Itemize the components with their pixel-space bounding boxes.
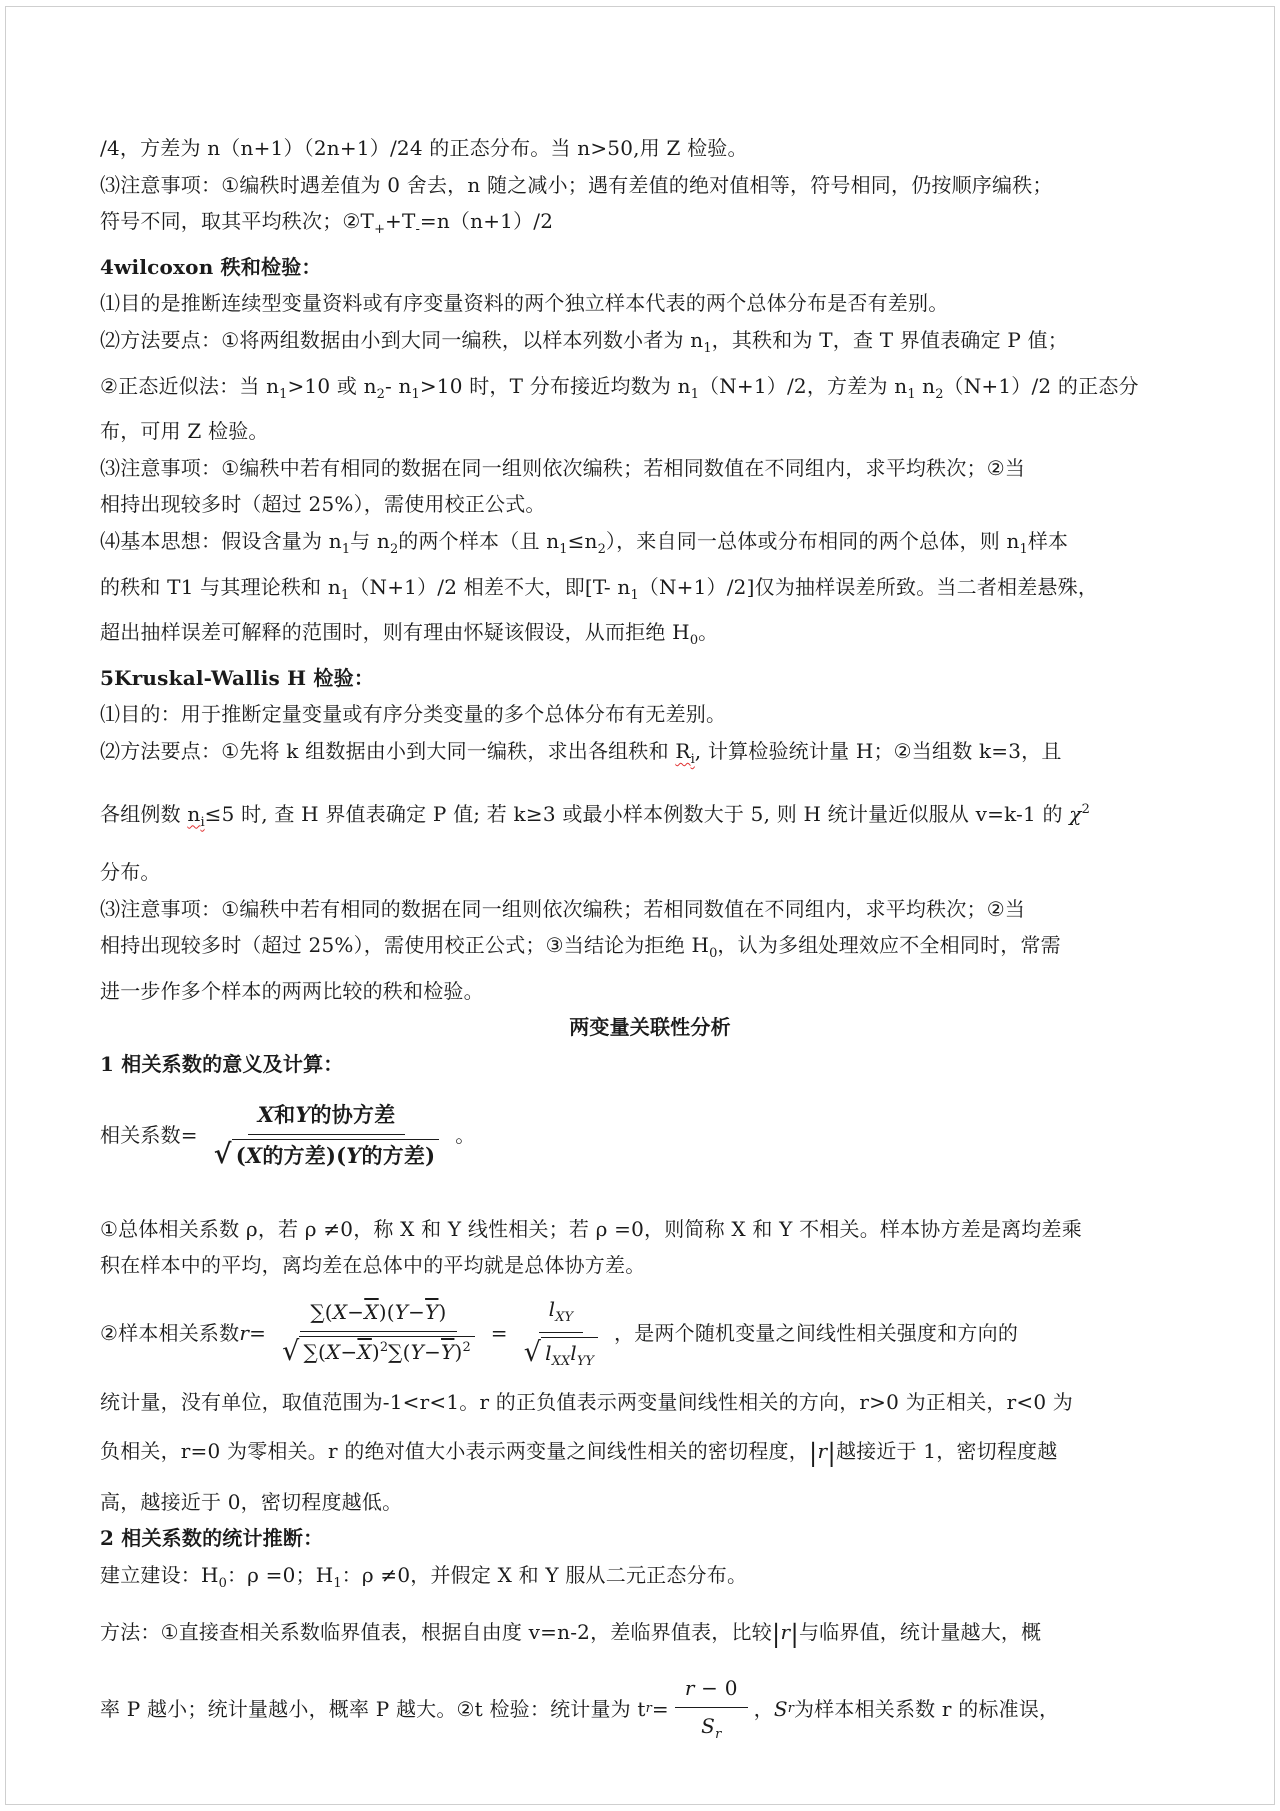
text-run: 1 — [412, 387, 420, 402]
text-run: ②正态近似法：当 n — [100, 374, 279, 398]
document-content: /4，方差为 n（n+1）（2n+1）/24 的正态分布。当 n>50,用 Z … — [100, 130, 1200, 1746]
text-run: 负相关，r=0 为零相关。r 的绝对值大小表示两变量之间线性相关的密切程度， — [100, 1439, 809, 1463]
text-run: 1 — [342, 542, 350, 557]
text-run: 建立建设：H — [100, 1563, 219, 1587]
text-run: r — [239, 1319, 249, 1348]
text-run: +T — [385, 209, 416, 233]
text-run: − — [424, 1340, 441, 1364]
text-run: >10 或 n — [287, 374, 376, 398]
text-run: ( — [403, 1340, 411, 1364]
paragraph-kw-notes: ⑶注意事项：①编秩中若有相同的数据在同一组则依次编秩；若相同数值在不同组内，求平… — [100, 891, 1200, 928]
text-run: ∑ — [310, 1300, 324, 1324]
text-run: ( — [236, 1143, 246, 1168]
text-run: ⑶注意事项：①编秩时遇差值为 0 舍去，n 随之减小；遇有差值的绝对值相等，符号… — [100, 173, 1053, 197]
paragraph-wilcoxon-method: ⑵方法要点：①将两组数据由小到大同一编秩，以样本列数小者为 n1，其秩和为 T，… — [100, 322, 1200, 368]
text-run: , 计算检验统计量 H；②当组数 k=3，且 — [695, 739, 1062, 763]
text-run: ) — [438, 1300, 446, 1324]
paragraph-r-range-3: 高，越接近于 0，密切程度越低。 — [100, 1484, 1200, 1521]
text-run: Y — [395, 1300, 408, 1324]
paragraph-kw-method: ⑵方法要点：①先将 k 组数据由小到大同一编秩，求出各组秩和 Ri, 计算检验统… — [100, 733, 1200, 779]
text-run: 样本 — [1028, 529, 1068, 553]
fraction-numerator: r − 0 — [675, 1673, 748, 1708]
text-run: − — [340, 1340, 357, 1364]
text-run: 。 — [455, 1121, 475, 1150]
text-run: 1 — [1020, 542, 1028, 557]
text-run: 统计量，没有单位，取值范围为-1<r<1。r 的正负值表示两变量间线性相关的方向… — [100, 1390, 1073, 1414]
text-run: ），来自同一总体或分布相同的两个总体，则 n — [606, 529, 1020, 553]
text-run: 0 — [690, 633, 698, 648]
text-run: ：ρ ≠0，并假定 X 和 Y 服从二元正态分布。 — [342, 1563, 747, 1587]
text-run: l — [545, 1341, 552, 1365]
paragraph-kw-notes-3: 进一步作多个样本的两两比较的秩和检验。 — [100, 973, 1200, 1010]
text-run: ⑴目的是推断连续型变量资料或有序变量资料的两个独立样本代表的两个总体分布是否有差… — [100, 291, 948, 315]
paragraph-sign-rank-notes-2: 符号不同，取其平均秩次；②T++T-=n（n+1）/2 — [100, 203, 1200, 249]
fraction: ∑(X−X)(Y−Y)√∑(X−X)2∑(Y−Y)2 — [272, 1297, 485, 1369]
text-run: 的方差 — [361, 1143, 425, 1168]
text-run: 的方差 — [262, 1143, 326, 1168]
text-run: r — [781, 1620, 791, 1644]
text-run: >10 时，T 分布接近均数为 n — [420, 374, 691, 398]
text-run: 2 — [380, 1340, 388, 1355]
paragraph-wilcoxon-idea-2: 的秩和 T1 与其理论秩和 n1（N+1）/2 相差不大，即[T- n1（N+1… — [100, 569, 1200, 615]
text-run: 1 — [559, 542, 567, 557]
text-run: | — [790, 1619, 799, 1648]
radicand: lXXlYY — [541, 1337, 598, 1372]
text-run: ⑶注意事项：①编秩中若有相同的数据在同一组则依次编秩；若相同数值在不同组内，求平… — [100, 897, 1025, 921]
heading-correlation-inference: 2 相关系数的统计推断： — [100, 1520, 1200, 1557]
paragraph-wilcoxon-idea: ⑷基本思想：假设含量为 n1与 n2的两个样本（且 n1≤n2），来自同一总体或… — [100, 523, 1200, 569]
text-run: ( — [325, 1300, 333, 1324]
text-run: S — [774, 1695, 788, 1724]
text-run: = — [249, 1319, 266, 1348]
radicand: ∑(X−X)2∑(Y−Y)2 — [299, 1336, 474, 1367]
text-run: 越接近于 1，密切程度越 — [836, 1439, 1057, 1463]
text-run: ⑵方法要点：①将两组数据由小到大同一编秩，以样本列数小者为 n — [100, 328, 703, 352]
paragraph-wilcoxon-normal-approx-2: 布，可用 Z 检验。 — [100, 413, 1200, 450]
text-run: YY — [577, 1354, 594, 1369]
paragraph-sign-rank-notes: ⑶注意事项：①编秩时遇差值为 0 舍去，n 随之减小；遇有差值的绝对值相等，符号… — [100, 167, 1200, 204]
text-run: 1 — [630, 588, 638, 603]
fraction-numerator: lXY — [539, 1294, 583, 1333]
text-run: 各组例数 — [100, 802, 187, 826]
paragraph-kw-method-3: 分布。 — [100, 854, 1200, 891]
text-run: 4wilcoxon 秩和检验： — [100, 255, 322, 279]
text-run: 2 — [377, 387, 385, 402]
text-run: ∑ — [388, 1340, 402, 1364]
text-run: 1 — [333, 1576, 341, 1591]
text-run: − — [347, 1300, 364, 1324]
text-run: （N+1）/2 相差不大，即[T- n — [349, 575, 630, 599]
text-run: 分布。 — [100, 860, 161, 884]
text-run: X — [364, 1300, 378, 1324]
text-run: 2 — [935, 387, 943, 402]
text-run: | — [772, 1619, 781, 1648]
text-run: X — [326, 1340, 340, 1364]
paragraph-wilcoxon-idea-3: 超出抽样误差可解释的范围时，则有理由怀疑该假设，从而拒绝 H0。 — [100, 614, 1200, 660]
paragraph-wilcoxon-notes-2: 相持出现较多时（超过 25%），需使用校正公式。 — [100, 486, 1200, 523]
fraction-numerator: ∑(X−X)(Y−Y) — [300, 1297, 456, 1332]
text-run: S — [701, 1714, 715, 1738]
text-run: ⑴目的：用于推断定量变量或有序分类变量的多个总体分布有无差别。 — [100, 702, 726, 726]
text-run: = — [491, 1319, 508, 1348]
square-root: √lXXlYY — [524, 1337, 598, 1372]
text-run: ⑵方法要点：①先将 k 组数据由小到大同一编秩，求出各组秩和 — [100, 739, 675, 763]
paragraph-kw-notes-2: 相持出现较多时（超过 25%），需使用校正公式；③当结论为拒绝 H0，认为多组处… — [100, 927, 1200, 973]
text-run: 积在样本中的平均，离均差在总体中的平均就是总体协方差。 — [100, 1253, 645, 1277]
text-run: 进一步作多个样本的两两比较的秩和检验。 — [100, 979, 484, 1003]
fraction-denominator: √(X的方差)(Y的方差) — [204, 1135, 449, 1172]
text-run: 0 — [219, 1576, 227, 1591]
heading-kruskal-wallis: 5Kruskal-Wallis H 检验： — [100, 660, 1200, 697]
square-root: √∑(X−X)2∑(Y−Y)2 — [282, 1336, 475, 1367]
text-run: X — [357, 1340, 371, 1364]
text-run: ∑ — [303, 1340, 317, 1364]
text-run: ②样本相关系数 — [100, 1319, 239, 1348]
text-run: ) — [425, 1143, 435, 1168]
text-run: ，是两个随机变量之间线性相关强度和方向的 — [614, 1319, 1018, 1348]
text-run: | — [827, 1438, 836, 1467]
text-run: 两变量关联性分析 — [569, 1015, 731, 1039]
heading-correlation-section: 两变量关联性分析 — [100, 1009, 1200, 1046]
fraction-denominator: √lXXlYY — [514, 1333, 608, 1373]
text-run: Y — [425, 1300, 438, 1324]
text-run: 2 — [390, 542, 398, 557]
text-run: ≤n — [568, 529, 598, 553]
fraction: lXY√lXXlYY — [514, 1294, 608, 1373]
text-run: 与 n — [350, 529, 390, 553]
text-run: r — [685, 1676, 695, 1700]
paragraph-kw-purpose: ⑴目的：用于推断定量变量或有序分类变量的多个总体分布有无差别。 — [100, 696, 1200, 733]
paragraph-hypothesis: 建立建设：H0：ρ =0；H1：ρ ≠0，并假定 X 和 Y 服从二元正态分布。 — [100, 1557, 1200, 1603]
text-run: ①总体相关系数 ρ，若 ρ ≠0，称 X 和 Y 线性相关；若 ρ =0，则简称… — [100, 1217, 1082, 1241]
text-run: （N+1）/2，方差为 n — [699, 374, 907, 398]
heading-wilcoxon: 4wilcoxon 秩和检验： — [100, 249, 1200, 286]
text-run: 1 — [691, 387, 699, 402]
text-run: Y — [346, 1143, 361, 1168]
text-run: − 0 — [695, 1676, 738, 1700]
text-run: 2 — [1082, 802, 1090, 817]
text-run: 和 — [274, 1102, 295, 1127]
text-run: =n（n+1）/2 — [420, 209, 553, 233]
fraction: X和Y的协方差√(X的方差)(Y的方差) — [204, 1099, 449, 1173]
text-run: 的协方差 — [311, 1102, 396, 1127]
radicand: (X的方差)(Y的方差) — [232, 1139, 439, 1171]
paragraph-r-range: 统计量，没有单位，取值范围为-1<r<1。r 的正负值表示两变量间线性相关的方向… — [100, 1384, 1200, 1421]
document-page: { "page": { "background": "#ffffff", "bo… — [0, 0, 1280, 1811]
formula-sample-correlation: ②样本相关系数 r = ∑(X−X)(Y−Y)√∑(X−X)2∑(Y−Y)2 =… — [100, 1294, 1200, 1373]
text-run: + — [374, 222, 385, 237]
text-run: ， — [754, 1695, 774, 1724]
text-run: 。 — [698, 620, 718, 644]
text-run: 为样本相关系数 r 的标准误， — [794, 1695, 1059, 1724]
text-run: ⑷基本思想：假设含量为 n — [100, 529, 342, 553]
heading-correlation-meaning: 1 相关系数的意义及计算： — [100, 1046, 1200, 1083]
paragraph-wilcoxon-notes: ⑶注意事项：①编秩中若有相同的数据在同一组则依次编秩；若相同数值在不同组内，求平… — [100, 450, 1200, 487]
text-run: 方法：①直接查相关系数临界值表，根据自由度 v=n-2，差临界值表，比较 — [100, 1620, 772, 1644]
text-run: r — [818, 1439, 828, 1463]
text-run: X — [258, 1102, 275, 1127]
text-run: ( — [318, 1340, 326, 1364]
text-run: 1 相关系数的意义及计算： — [100, 1052, 343, 1076]
text-run: 相持出现较多时（超过 25%），需使用校正公式；③当结论为拒绝 H — [100, 933, 709, 957]
text-run: 的两个样本（且 n — [398, 529, 559, 553]
text-run: 1 — [907, 387, 915, 402]
formula-t-test: 率 P 越小；统计量越小，概率 P 越大。②t 检验：统计量为 tr = r −… — [100, 1673, 1200, 1746]
text-run: n — [187, 802, 200, 826]
paragraph-population-correlation-2: 积在样本中的平均，离均差在总体中的平均就是总体协方差。 — [100, 1247, 1200, 1284]
text-run: 超出抽样误差可解释的范围时，则有理由怀疑该假设，从而拒绝 H — [100, 620, 690, 644]
radical-icon: √ — [282, 1336, 299, 1367]
radical-icon: √ — [524, 1337, 541, 1368]
text-run: ，其秩和为 T，查 T 界值表确定 P 值； — [712, 328, 1068, 352]
text-run: 高，越接近于 0，密切程度越低。 — [100, 1490, 402, 1514]
paragraph-population-correlation: ①总体相关系数 ρ，若 ρ ≠0，称 X 和 Y 线性相关；若 ρ =0，则简称… — [100, 1211, 1200, 1248]
text-run: )( — [379, 1300, 395, 1324]
paragraph-wilcoxon-normal-approx: ②正态近似法：当 n1>10 或 n2- n1>10 时，T 分布接近均数为 n… — [100, 368, 1200, 414]
text-run: XY — [555, 1310, 573, 1325]
text-run: XX — [552, 1354, 571, 1369]
text-run: （N+1）/2]仅为抽样误差所致。当二者相差悬殊， — [639, 575, 1098, 599]
text-run: /4，方差为 n（n+1）（2n+1）/24 的正态分布。当 n>50,用 Z … — [100, 136, 748, 160]
text-run: Y — [295, 1102, 310, 1127]
text-run: χ — [1069, 802, 1081, 826]
fraction: r − 0Sr — [675, 1673, 748, 1746]
formula-correlation-coefficient: 相关系数=X和Y的协方差√(X的方差)(Y的方差)。 — [100, 1099, 1200, 1173]
text-run: 相关系数= — [100, 1121, 198, 1150]
text-run: ≤5 时, 查 H 界值表确定 P 值; 若 k≥3 或最小样本例数大于 5, … — [205, 802, 1070, 826]
text-run: X — [333, 1300, 347, 1324]
text-run: 2 相关系数的统计推断： — [100, 1526, 323, 1550]
text-run: 相持出现较多时（超过 25%），需使用校正公式。 — [100, 492, 546, 516]
paragraph-r-range-2: 负相关，r=0 为零相关。r 的绝对值大小表示两变量之间线性相关的密切程度，|r… — [100, 1433, 1200, 1472]
text-run: − — [408, 1300, 425, 1324]
square-root: √(X的方差)(Y的方差) — [214, 1139, 439, 1171]
text-run: （N+1）/2 的正态分 — [944, 374, 1139, 398]
text-run: 的秩和 T1 与其理论秩和 n — [100, 575, 341, 599]
text-run: 2 — [462, 1340, 470, 1355]
text-run: 率 P 越小；统计量越小，概率 P 越大。②t 检验：统计量为 t — [100, 1695, 646, 1724]
text-run: R — [675, 739, 690, 763]
paragraph-sign-rank-variance: /4，方差为 n（n+1）（2n+1）/24 的正态分布。当 n>50,用 Z … — [100, 130, 1200, 167]
text-run: 布，可用 Z 检验。 — [100, 419, 269, 443]
text-run: l — [570, 1341, 577, 1365]
text-run: 5Kruskal-Wallis H 检验： — [100, 666, 374, 690]
text-run: X — [246, 1143, 263, 1168]
text-run: ，认为多组处理效应不全相同时，常需 — [717, 933, 1060, 957]
paragraph-wilcoxon-purpose: ⑴目的是推断连续型变量资料或有序变量资料的两个独立样本代表的两个总体分布是否有差… — [100, 285, 1200, 322]
text-run: 与临界值，统计量越大，概 — [799, 1620, 1041, 1644]
fraction-denominator: √∑(X−X)2∑(Y−Y)2 — [272, 1332, 485, 1369]
text-run: ⑶注意事项：①编秩中若有相同的数据在同一组则依次编秩；若相同数值在不同组内，求平… — [100, 456, 1025, 480]
radical-icon: √ — [214, 1139, 232, 1170]
fraction-numerator: X和Y的协方差 — [248, 1099, 406, 1135]
text-run: ) — [372, 1340, 380, 1364]
paragraph-method-critical-table: 方法：①直接查相关系数临界值表，根据自由度 v=n-2，差临界值表，比较|r|与… — [100, 1614, 1200, 1653]
text-run: Y — [441, 1340, 454, 1364]
text-run: | — [809, 1438, 818, 1467]
text-run: Y — [411, 1340, 424, 1364]
text-run: - n — [385, 374, 412, 398]
text-run: )( — [326, 1143, 346, 1168]
text-run: 符号不同，取其平均秩次；②T — [100, 209, 374, 233]
text-run: r — [715, 1727, 721, 1742]
fraction-denominator: Sr — [691, 1708, 731, 1746]
text-run: 1 — [703, 341, 711, 356]
paragraph-kw-method-2: 各组例数 ni≤5 时, 查 H 界值表确定 P 值; 若 k≥3 或最小样本例… — [100, 792, 1200, 842]
text-run: 2 — [598, 542, 606, 557]
text-run: n — [916, 374, 936, 398]
text-run: = — [652, 1695, 669, 1724]
text-run: ：ρ =0；H — [227, 1563, 333, 1587]
